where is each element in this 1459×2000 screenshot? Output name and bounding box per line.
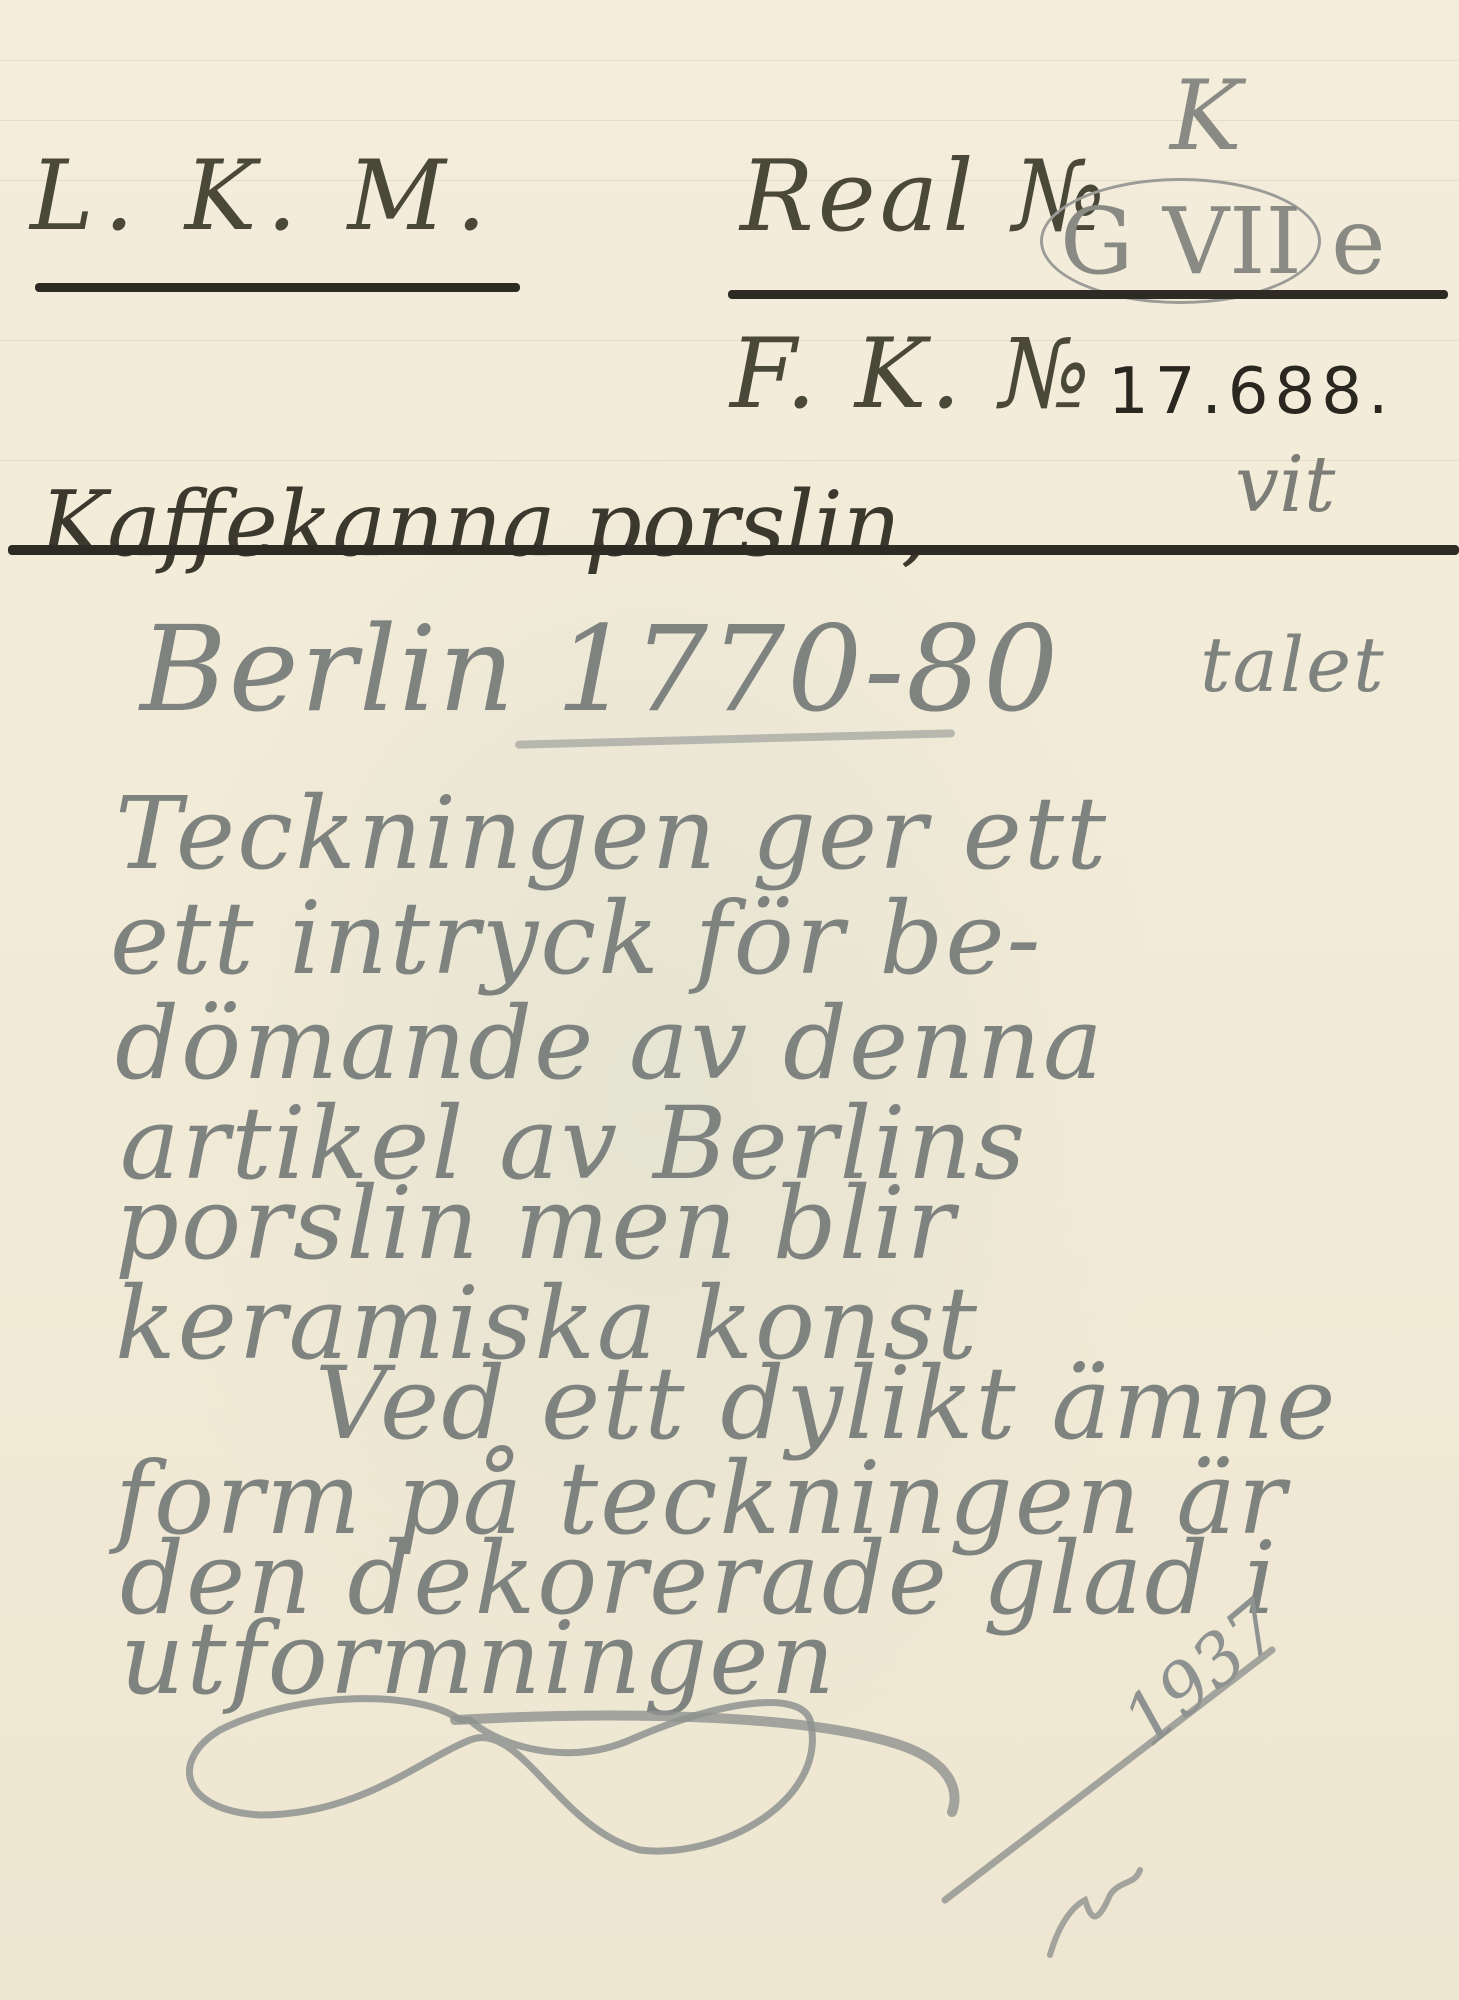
signature-flourish-icon xyxy=(0,0,1459,2000)
catalog-card: L. K. M. Real № G VII e K F. K. № 17.688… xyxy=(0,0,1459,2000)
